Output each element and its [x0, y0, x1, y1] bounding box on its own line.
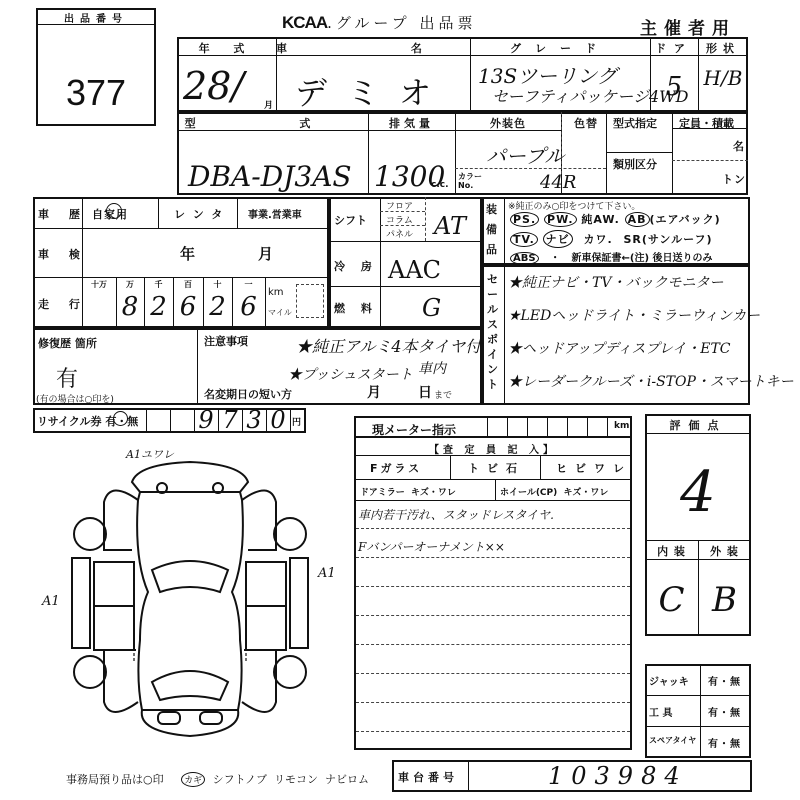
mileage-label: 走 行	[38, 296, 88, 312]
equip-abs[interactable]: ABS	[510, 252, 539, 265]
sheet-title-text: .グループ 出品票	[327, 14, 476, 32]
equip-airbag[interactable]: AB	[625, 212, 650, 227]
recycle-digit: 7	[218, 406, 242, 434]
inspection-year-unit: 年	[180, 243, 196, 264]
equipment-row-2: TV. ナビ カワ. SR(サンルーフ)	[510, 230, 713, 248]
shift-position-floor: フロア	[386, 199, 413, 212]
inspection-label: 車 検	[38, 246, 88, 262]
sheet-title: KCAA.グループ 出品票	[282, 12, 476, 33]
meter-digit-cell[interactable]	[587, 416, 588, 438]
sales-points-label: セールスポイント	[487, 272, 499, 392]
history-label: 車 歴	[38, 206, 88, 222]
name-change-until: まで	[434, 388, 452, 401]
car-name: デミオ	[276, 68, 470, 114]
capacity-unit-tons: トン	[722, 171, 746, 187]
accessory-value[interactable]: 有・無	[708, 673, 741, 688]
overall-score-label: 評価点	[645, 417, 751, 433]
mileage-place-label: 万	[116, 279, 144, 290]
recycle-digit: 9	[194, 406, 218, 434]
model-year: 28/	[183, 64, 244, 108]
fuel-label: 燃 料	[334, 300, 378, 316]
equip-alloy[interactable]: 純AW.	[581, 213, 619, 226]
mileage-unit-km: km	[268, 287, 284, 298]
interior-score: C	[645, 580, 698, 620]
exterior-score: B	[698, 580, 751, 620]
fglass-chip[interactable]: トビ石	[468, 460, 525, 476]
inspector-header: 【査 定 員 記 入】	[354, 441, 632, 456]
month-unit: 月	[264, 98, 273, 111]
remark-line-2: Fバンパーオーナメント××	[358, 538, 505, 555]
recycle-digit: 3	[242, 406, 266, 434]
meter-label: 現メーター指示	[372, 421, 456, 438]
doors: 5	[650, 72, 698, 102]
mileage-place-label: 千	[144, 279, 173, 290]
displacement-label: 排気量	[368, 115, 455, 131]
brand-logo: KCAA	[282, 13, 327, 32]
equip-leather[interactable]: カワ.	[583, 233, 612, 246]
mileage-place-label: 十	[203, 279, 232, 290]
mileage-digit: 2	[203, 292, 232, 322]
history-option-rental[interactable]: レンタ	[174, 206, 230, 222]
shape-label: 形状	[698, 40, 748, 56]
mileage-place-label: 一	[232, 279, 265, 290]
color-change-label: 色替	[574, 115, 598, 131]
mileage-place-label: 十万	[82, 279, 116, 290]
accessory-label: 工 具	[649, 704, 672, 719]
meter-unit: km	[614, 421, 629, 431]
history-option-business[interactable]: 事業.営業車	[248, 206, 302, 221]
interior-score-label: 内 装	[645, 543, 698, 559]
equip-warranty: 新車保証書←(注) 後日送りのみ	[572, 253, 713, 264]
fglass-crack[interactable]: ヒビワレ	[556, 460, 632, 476]
door-mirror-options[interactable]: キズ・ワレ	[411, 488, 456, 498]
equip-ps[interactable]: PS.	[510, 212, 539, 227]
repair-label: 修復歴 箇所	[38, 335, 97, 351]
meter-digit-cell[interactable]	[487, 416, 488, 438]
notes-line-2b: 車内	[418, 358, 446, 378]
recycle-unit: 円	[292, 415, 301, 428]
shift-position-column: コラム	[386, 213, 413, 226]
model-code: DBA-DJ3AS	[188, 160, 352, 193]
type-designation-label: 型式指定	[613, 115, 657, 131]
color-label: 外装色	[455, 115, 561, 131]
meter-digit-cell[interactable]	[607, 416, 608, 438]
fglass-label: Fガラス	[370, 460, 422, 476]
overall-score: 4	[645, 460, 751, 525]
equip-tv[interactable]: TV.	[510, 232, 538, 247]
accessory-label: スペアタイヤ	[649, 735, 696, 746]
capacity-label: 定員・積載	[679, 115, 734, 131]
circled-key[interactable]: カギ	[181, 772, 205, 787]
mileage-digit: 6	[232, 292, 265, 322]
notes-line-2: ★プッシュスタート	[288, 364, 413, 384]
sales-point-item: ★純正ナビ・TV・バックモニター	[508, 272, 723, 292]
sales-point-item: ★LEDヘッドライト・ミラーウィンカー	[508, 305, 760, 325]
notes-label: 注意事項	[204, 333, 248, 349]
fuel-value: G	[422, 294, 441, 322]
wheel-label: ホイール(CP) キズ・ワレ	[500, 485, 608, 498]
meter-digit-cell[interactable]	[547, 416, 548, 438]
accessory-value[interactable]: 有・無	[708, 704, 741, 719]
damage-mark-front: A1ユワレ	[126, 446, 174, 462]
sales-point-item: ★レーダークルーズ・i-STOP・スマートキー	[508, 371, 794, 391]
history-selected-circle	[106, 203, 122, 219]
sales-point-item: ★ヘッドアップディスプレイ・ETC	[508, 338, 731, 358]
mileage-place-label: 百	[173, 279, 203, 290]
chassis-number: 103984	[548, 762, 688, 790]
repair-value: 有	[56, 362, 78, 393]
damage-mark-right: A1	[318, 566, 336, 581]
equip-sunroof[interactable]: SR(サンルーフ)	[624, 233, 713, 246]
meter-digit-cell[interactable]	[527, 416, 528, 438]
displacement-unit: c.c.	[431, 180, 449, 190]
doors-label: ドア	[650, 40, 698, 56]
notes-line-1: ★純正アルミ4本タイヤ付	[296, 334, 481, 357]
lot-number: 377	[36, 72, 156, 114]
accessory-label: ジャッキ	[649, 673, 689, 688]
shift-position-panel: パネル	[386, 227, 413, 240]
office-items: シフトノブ リモコン ナビロム	[213, 773, 369, 786]
exterior-score-label: 外 装	[698, 543, 751, 559]
repair-note: (有の場合は○印を)	[36, 392, 114, 405]
car-name-label: 車 名	[276, 40, 470, 56]
class-label: 類別区分	[613, 156, 657, 172]
grade-label: グレード	[470, 40, 650, 56]
inspection-month-unit: 月	[258, 243, 274, 264]
equip-navi[interactable]: ナビ	[543, 230, 573, 248]
exterior-color: パープル	[486, 140, 564, 169]
mileage-digit: 2	[144, 292, 173, 322]
shift-value: AT	[434, 212, 466, 240]
organizer-label: 主催者用	[640, 14, 736, 39]
equipment-row-3: ABS ・ 新車保証書←(注) 後日送りのみ	[510, 249, 713, 265]
lot-number-label: 出品番号	[36, 10, 156, 25]
equipment-label: 装備品	[486, 200, 500, 260]
car-damage-diagram[interactable]	[30, 440, 350, 750]
name-change-day: 日	[418, 382, 433, 402]
ac-value: AAC	[388, 256, 441, 284]
recycle-digit: 0	[266, 406, 290, 434]
ac-label: 冷 房	[334, 258, 378, 274]
capacity-unit-people: 名	[733, 138, 745, 154]
meter-digit-cell[interactable]	[567, 416, 568, 438]
color-number: 44R	[540, 172, 576, 193]
name-change-month: 月	[367, 382, 382, 402]
accessory-value[interactable]: 有・無	[708, 735, 741, 750]
meter-digit-cell[interactable]	[507, 416, 508, 438]
name-change-label: 名変期日の短い方	[204, 386, 292, 402]
damage-mark-left: A1	[42, 594, 60, 609]
wheel-options[interactable]: キズ・ワレ	[564, 488, 609, 498]
mileage-unit-mile: マイル	[268, 307, 292, 318]
remark-line-1: 車内若干汚れ、スタッドレスタイヤ.	[358, 506, 554, 523]
mileage-digit: 6	[173, 292, 203, 322]
chassis-label: 車台番号	[398, 769, 458, 785]
equipment-row-1: PS. PW. 純AW. AB(エアバック)	[510, 211, 721, 227]
mileage-digit: 8	[116, 292, 144, 322]
equip-pw[interactable]: PW.	[544, 212, 576, 227]
mile-checkbox[interactable]	[296, 284, 324, 318]
year-label: 年 式	[177, 40, 276, 56]
office-note: 事務局預り品は○印 カギ シフトノブ リモコン ナビロム	[66, 771, 369, 787]
model-code-label: 型 式	[177, 115, 368, 131]
color-no-label: カラーNo.	[458, 172, 482, 190]
body-shape: H/B	[698, 66, 748, 90]
recycle-selected-circle	[113, 411, 128, 426]
shift-label: シフト	[334, 212, 367, 228]
door-mirror-label: ドアミラー キズ・ワレ	[360, 485, 456, 498]
